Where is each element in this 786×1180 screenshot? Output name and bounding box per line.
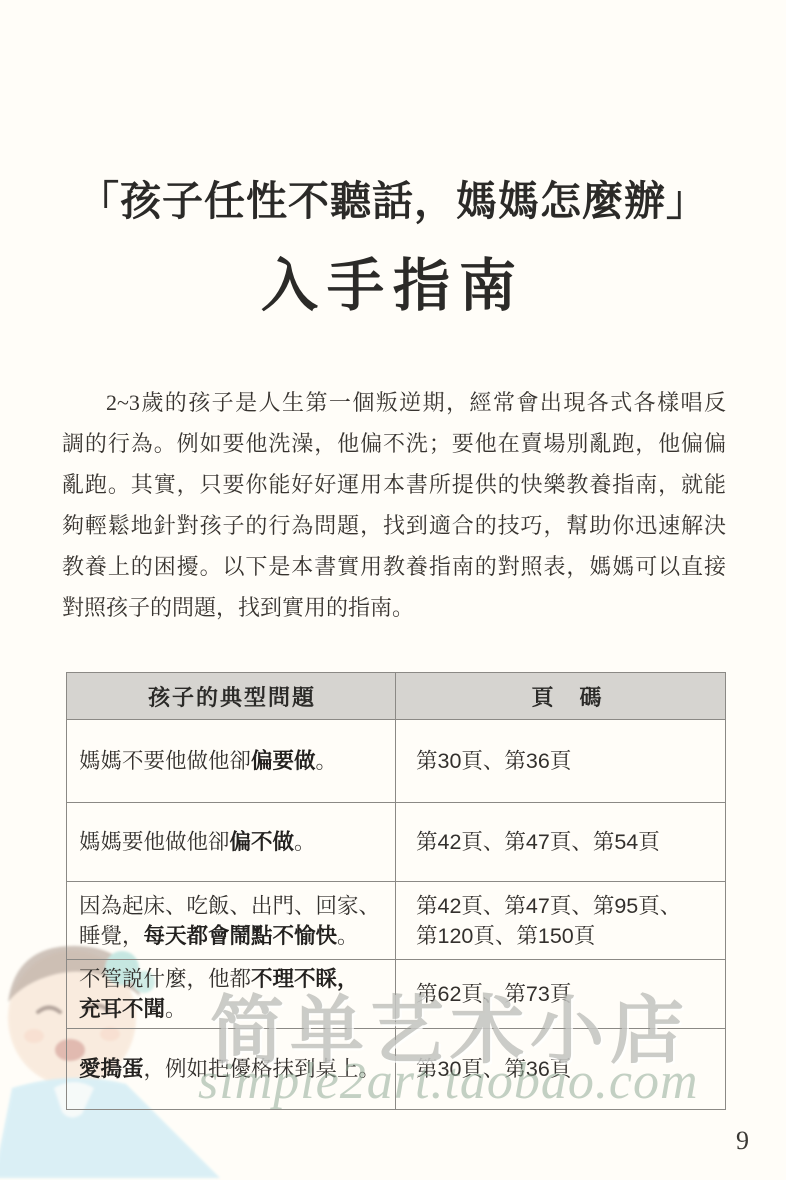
paragraph-line: 夠輕鬆地針對孩子的行為問題，找到適合的技巧，幫助你迅速解決: [62, 505, 726, 546]
watermark-url: simple2art.taobao.com: [198, 1052, 699, 1111]
paragraph-line: 對照孩子的問題，找到實用的指南。: [62, 587, 726, 628]
header-pages-label: 頁 碼: [531, 681, 603, 712]
problem-cell: 媽媽要他做他卻偏不做。: [67, 803, 396, 881]
pages-cell: 第42頁、第47頁、第54頁: [396, 803, 725, 881]
book-page: 「孩子任性不聽話，媽媽怎麼辦」 入手指南 2~3歲的孩子是人生第一個叛逆期，經常…: [0, 0, 786, 1180]
paragraph-line: 亂跑。其實，只要你能好好運用本書所提供的快樂教養指南，就能: [62, 464, 726, 505]
intro-paragraph: 2~3歲的孩子是人生第一個叛逆期，經常會出現各式各樣唱反調的行為。例如要他洗澡，…: [62, 382, 726, 628]
header-problem-cell: 孩子的典型問題: [67, 673, 396, 719]
table-row: 因為起床、吃飯、出門、回家、睡覺，每天都會鬧點不愉快。第42頁、第47頁、第95…: [67, 881, 725, 959]
problem-cell: 媽媽不要他做他卻偏要做。: [67, 720, 396, 802]
header-problem-label: 孩子的典型問題: [148, 681, 316, 712]
paragraph-line: 2~3歲的孩子是人生第一個叛逆期，經常會出現各式各樣唱反: [62, 382, 726, 423]
table-header-row: 孩子的典型問題 頁 碼: [67, 673, 725, 719]
table-row: 媽媽要他做他卻偏不做。第42頁、第47頁、第54頁: [67, 802, 725, 881]
header-pages-cell: 頁 碼: [396, 673, 725, 719]
paragraph-line: 教養上的困擾。以下是本書實用教養指南的對照表，媽媽可以直接: [62, 546, 726, 587]
table-row: 媽媽不要他做他卻偏要做。第30頁、第36頁: [67, 719, 725, 802]
page-title: 「孩子任性不聽話，媽媽怎麼辦」: [0, 168, 786, 227]
pages-cell: 第30頁、第36頁: [396, 720, 725, 802]
page-subtitle: 入手指南: [0, 240, 786, 322]
paragraph-line: 調的行為。例如要他洗澡，他偏不洗；要他在賣場別亂跑，他偏偏: [62, 423, 726, 464]
pages-cell: 第42頁、第47頁、第95頁、第120頁、第150頁: [396, 882, 725, 959]
problem-cell: 因為起床、吃飯、出門、回家、睡覺，每天都會鬧點不愉快。: [67, 882, 396, 959]
page-number: 9: [736, 1126, 749, 1156]
